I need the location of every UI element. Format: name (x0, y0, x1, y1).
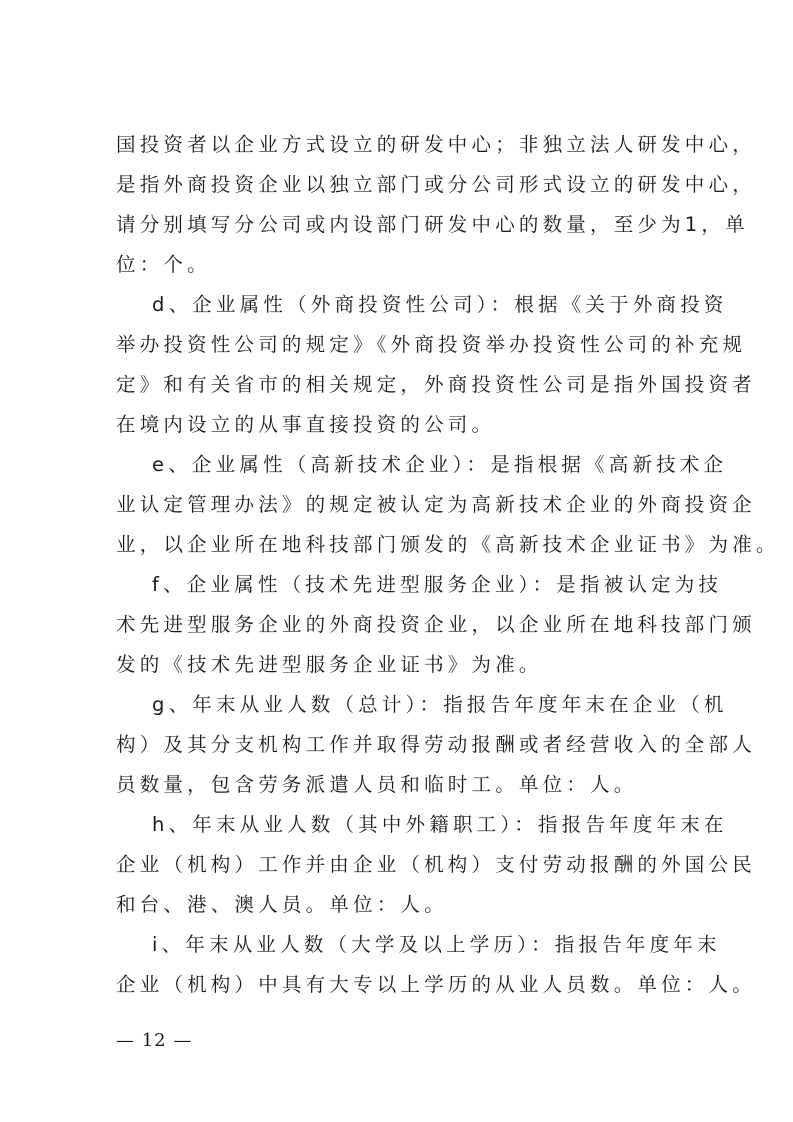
text-line: 企业（机构）工作并由企业（机构）支付劳动报酬的外国公民 (116, 845, 678, 885)
paragraph-e-start: e、企业属性（高新技术企业）：是指根据《高新技术企 (152, 445, 678, 485)
text-line: 业，以企业所在地科技部门颁发的《高新技术企业证书》为准。 (116, 525, 678, 565)
text-line: 业认定管理办法》的规定被认定为高新技术企业的外商投资企 (116, 485, 678, 525)
text-line: 位：个。 (116, 245, 678, 285)
paragraph-g-start: g、年末从业人数（总计）：指报告年度年末在企业（机 (152, 685, 678, 725)
text-line: 员数量，包含劳务派遣人员和临时工。单位：人。 (116, 765, 678, 805)
document-page: 国投资者以企业方式设立的研发中心；非独立法人研发中心， 是指外商投资企业以独立部… (0, 0, 793, 1122)
text-line: 是指外商投资企业以独立部门或分公司形式设立的研发中心， (116, 165, 678, 205)
paragraph-h-start: h、年末从业人数（其中外籍职工）：指报告年度年末在 (152, 805, 678, 845)
paragraph-f-start: f、企业属性（技术先进型服务企业）：是指被认定为技 (152, 565, 678, 605)
text-line: 国投资者以企业方式设立的研发中心；非独立法人研发中心， (116, 125, 678, 165)
text-line: 请分别填写分公司或内设部门研发中心的数量，至少为1，单 (116, 205, 678, 245)
text-line: 和台、港、澳人员。单位：人。 (116, 885, 678, 925)
text-line: 企业（机构）中具有大专以上学历的从业人员数。单位：人。 (116, 965, 678, 1005)
text-line: 在境内设立的从事直接投资的公司。 (116, 405, 678, 445)
text-line: 定》和有关省市的相关规定，外商投资性公司是指外国投资者 (116, 365, 678, 405)
text-line: 发的《技术先进型服务企业证书》为准。 (116, 645, 678, 685)
paragraph-d-start: d、企业属性（外商投资性公司）：根据《关于外商投资 (152, 285, 678, 325)
text-line: 术先进型服务企业的外商投资企业，以企业所在地科技部门颁 (116, 605, 678, 645)
text-line: 构）及其分支机构工作并取得劳动报酬或者经营收入的全部人 (116, 725, 678, 765)
page-number: — 12 — (116, 1030, 192, 1051)
text-line: 举办投资性公司的规定》《外商投资举办投资性公司的补充规 (116, 325, 678, 365)
paragraph-i-start: i、年末从业人数（大学及以上学历）：指报告年度年末 (152, 925, 678, 965)
